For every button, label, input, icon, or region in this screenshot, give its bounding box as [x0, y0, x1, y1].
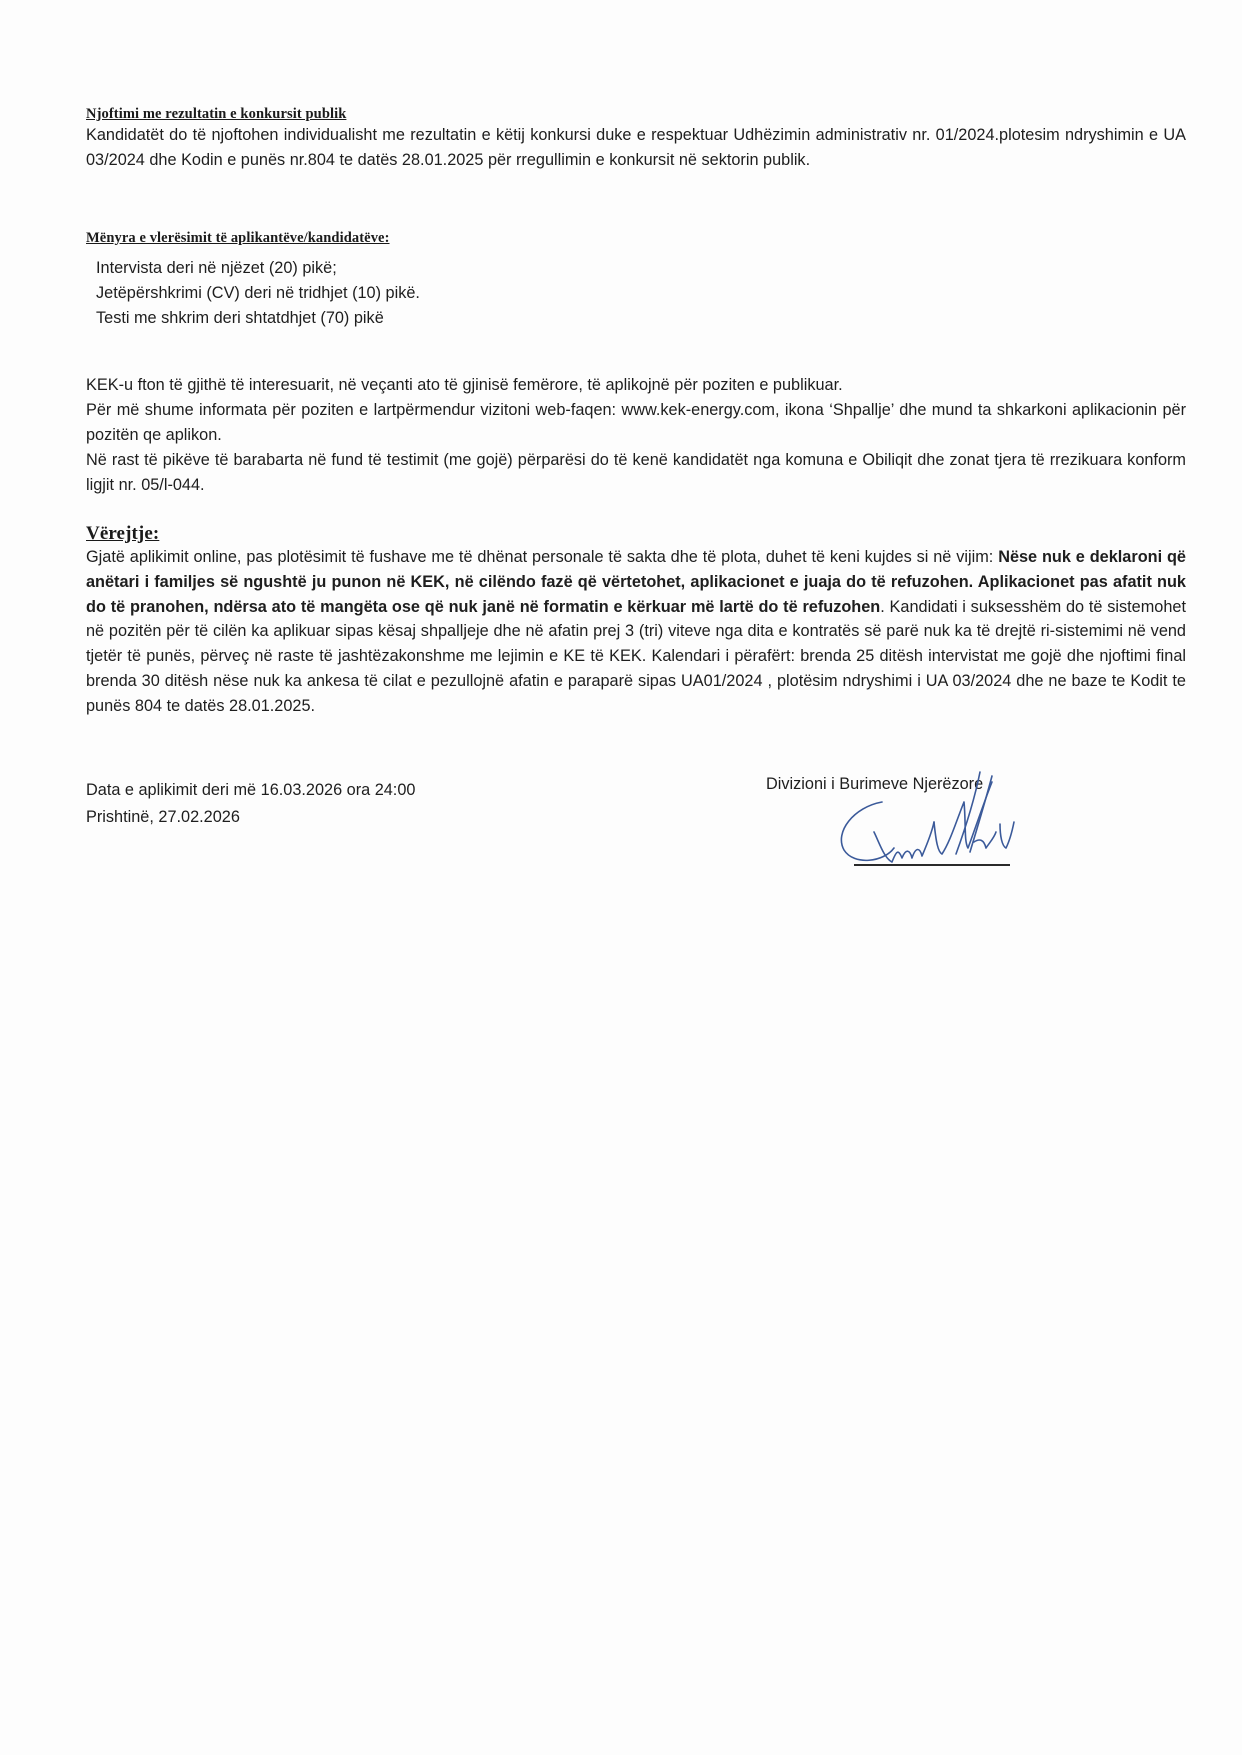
remarks-body: Gjatë aplikimit online, pas plotësimit t… — [86, 545, 1186, 719]
invitation-line-3: Në rast të pikëve të barabarta në fund t… — [86, 448, 1186, 498]
criterion-interview: Intervista deri në njëzet (20) pikë; — [96, 256, 896, 281]
notification-body: Kandidatët do të njoftohen individualish… — [86, 123, 1186, 173]
invitation-line-1: KEK-u fton të gjithë të interesuarit, në… — [86, 373, 1186, 398]
notification-heading: Njoftimi me rezultatin e konkursit publi… — [86, 106, 1186, 123]
remarks-intro: Gjatë aplikimit online, pas plotësimit t… — [86, 548, 998, 566]
notification-section: Njoftimi me rezultatin e konkursit publi… — [86, 106, 1186, 173]
remarks-section: Vërejtje: Gjatë aplikimit online, pas pl… — [86, 523, 1186, 719]
application-deadline: Data e aplikimit deri më 16.03.2026 ora … — [86, 777, 586, 804]
evaluation-section: Mënyra e vlerësimit të aplikantëve/kandi… — [86, 230, 1186, 247]
evaluation-heading: Mënyra e vlerësimit të aplikantëve/kandi… — [86, 230, 1186, 247]
place-date: Prishtinë, 27.02.2026 — [86, 804, 586, 831]
invitation-section: KEK-u fton të gjithë të interesuarit, në… — [86, 373, 1186, 498]
footer-dates: Data e aplikimit deri më 16.03.2026 ora … — [86, 777, 586, 831]
signature-icon — [824, 762, 1044, 872]
evaluation-criteria-list: Intervista deri në njëzet (20) pikë; Jet… — [96, 256, 896, 331]
criterion-written-test: Testi me shkrim deri shtatdhjet (70) pik… — [96, 306, 896, 331]
invitation-line-2: Për më shume informata për poziten e lar… — [86, 398, 1186, 448]
remarks-heading: Vërejtje: — [86, 523, 1186, 545]
document-page: Njoftimi me rezultatin e konkursit publi… — [0, 0, 1242, 1755]
criterion-cv: Jetëpërshkrimi (CV) deri në tridhjet (10… — [96, 281, 896, 306]
signature-line — [854, 864, 1010, 866]
